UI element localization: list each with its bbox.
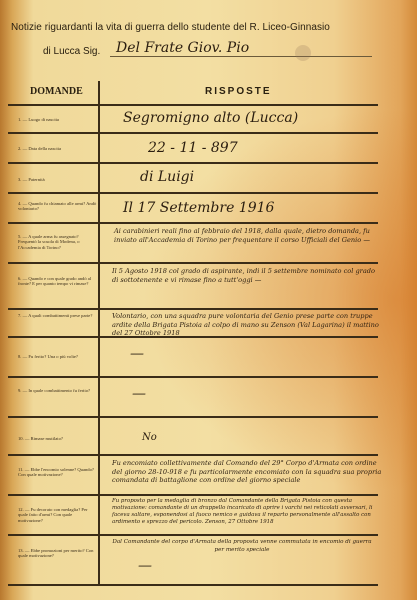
answer-text: — xyxy=(138,558,410,574)
table-row: 11. — Ebbe l'encomio solenne? Quando? Co… xyxy=(8,454,378,496)
answer-text: Volontario, con una squadra pure volonta… xyxy=(112,312,382,338)
table-row: 2. — Data della nascita 22 - 11 - 897 xyxy=(8,132,378,164)
answer-text: Il 5 Agosto 1918 col grado di aspirante,… xyxy=(112,267,382,284)
question-label: 3. — Paternità xyxy=(18,177,98,182)
student-name: Del Frate Giov. Pio xyxy=(116,40,249,56)
question-label: 10. — Rimase mutilato? xyxy=(18,436,98,441)
table-row: 10. — Rimase mutilato? No xyxy=(8,416,378,456)
question-label: 13. — Ebbe promozioni per merito? Con qu… xyxy=(18,548,98,559)
answer-text: — xyxy=(130,346,402,362)
answer-text: Fu encomiato collettivamente dal Comando… xyxy=(112,459,382,485)
answer-text: Ai carabinieri reali fino al febbraio de… xyxy=(114,227,382,244)
answer-text: No xyxy=(142,432,414,443)
answer-text: Fu proposto per la medaglia di bronzo da… xyxy=(112,498,382,526)
answer-text: 22 - 11 - 897 xyxy=(148,140,417,156)
table-row: 7. — A quali combattimenti prese parte? … xyxy=(8,308,378,338)
table-row: 9. — In quale combattimento fu ferito? — xyxy=(8,376,378,418)
document-page: Notizie riguardanti la vita di guerra de… xyxy=(0,0,417,600)
question-label: 9. — In quale combattimento fu ferito? xyxy=(18,388,98,393)
answer-note: Dal Comandante del corpo d'Armata della … xyxy=(112,538,372,554)
question-label: 1. — Luogo di nascita xyxy=(18,117,98,122)
question-label: 4. — Quando fu chiamato alle armi? Andò … xyxy=(18,201,98,212)
table-row: 1. — Luogo di nascita Segromigno alto (L… xyxy=(8,104,378,134)
answer-text: di Luigi xyxy=(140,169,412,185)
question-label: 7. — A quali combattimenti prese parte? xyxy=(18,313,98,318)
answer-text: Il 17 Settembre 1916 xyxy=(123,200,395,216)
table-row: 8. — Fu ferito? Una o più volte? — xyxy=(8,336,378,378)
question-label: 5. — A quale arma fu assegnato? Frequent… xyxy=(18,234,98,250)
name-underline xyxy=(110,56,372,57)
question-label: 12. — Fu decorato con medaglia? Per qual… xyxy=(18,507,98,523)
question-label: 2. — Data della nascita xyxy=(18,146,98,151)
answer-text: — xyxy=(132,386,404,402)
table-row: 3. — Paternità di Luigi xyxy=(8,162,378,194)
table-row: 5. — A quale arma fu assegnato? Frequent… xyxy=(8,222,378,264)
question-label: 8. — Fu ferito? Una o più volte? xyxy=(18,354,98,359)
table-row: 6. — Quando e con quale grado andò al fr… xyxy=(8,262,378,310)
form-title: Notizie riguardanti la vita di guerra de… xyxy=(11,22,330,33)
student-label: di Lucca Sig. xyxy=(43,46,100,57)
question-label: 6. — Quando e con quale grado andò al fr… xyxy=(18,276,98,287)
question-label: 11. — Ebbe l'encomio solenne? Quando? Co… xyxy=(18,467,98,478)
stamp-mark xyxy=(295,45,311,61)
answer-text: Segromigno alto (Lucca) xyxy=(123,110,395,126)
table-row: Dal Comandante del corpo d'Armata della … xyxy=(8,534,378,586)
table-row: 12. — Fu decorato con medaglia? Per qual… xyxy=(8,494,378,536)
table-row: 4. — Quando fu chiamato alle armi? Andò … xyxy=(8,192,378,224)
table-bottom-rule xyxy=(8,584,378,586)
